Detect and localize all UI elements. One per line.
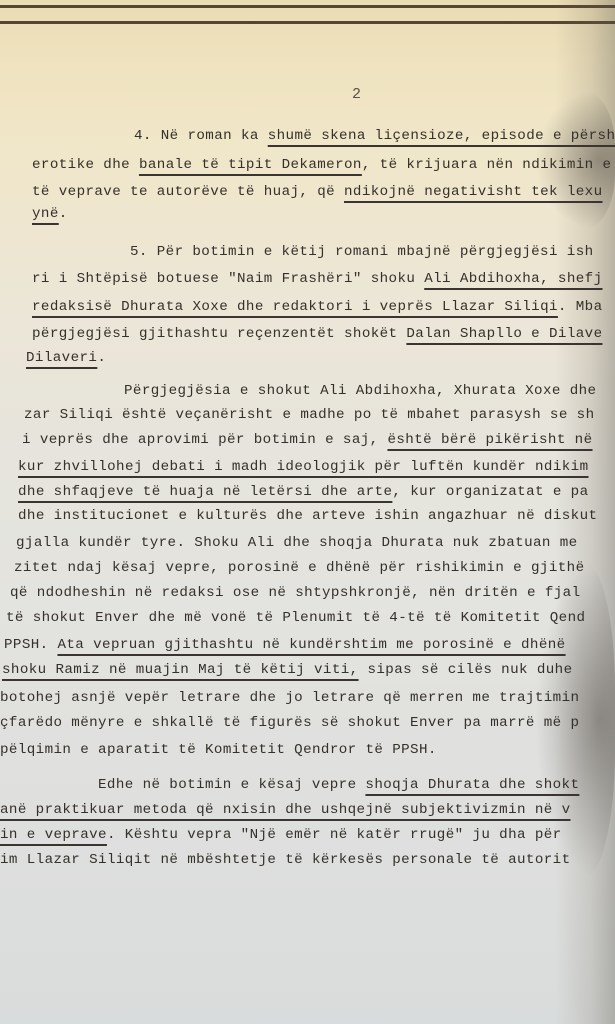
text-segment: ri i Shtëpisë botuese "Naim Frashëri" sh… [32,271,424,287]
text-segment: të veprave te autorëve të huaj, që [32,184,344,200]
text-line: pëlqimin e aparatit të Komitetit Qendror… [0,742,437,758]
underlined-text: banale të tipit Dekameron [139,157,362,173]
text-segment: i veprës dhe aprovimi për botimin e saj, [22,432,387,448]
underlined-text: Ali Abdihoxha, shefj [424,271,602,287]
text-segment: zar Siliqi është veçanërisht e madhe po … [24,407,595,423]
text-line: ynë. [32,206,68,222]
text-segment: dhe institucionet e kulturës dhe arteve … [18,508,597,524]
scan-edge-line [0,21,615,24]
underlined-text: Dilaveri [26,350,97,366]
underlined-text: është bërë pikërisht në [387,432,592,448]
text-line: erotike dhe banale të tipit Dekameron, t… [32,157,611,173]
text-line: ri i Shtëpisë botuese "Naim Frashëri" sh… [32,271,603,287]
text-segment: Përgjegjësia e shokut Ali Abdihoxha, Xhu… [124,383,596,399]
text-segment: pëlqimin e aparatit të Komitetit Qendror… [0,742,437,758]
underlined-text: dhe shfaqjeve të huaja në letërsi dhe ar… [18,484,392,500]
text-segment: . [59,206,68,222]
text-line: Përgjegjësia e shokut Ali Abdihoxha, Xhu… [124,383,596,399]
text-segment: 4. Në roman ka [134,128,268,144]
text-segment: . [97,350,106,366]
underlined-text: kur zhvillohej debati i madh ideologjik … [18,459,589,475]
text-segment: sipas së cilës nuk duhe [359,662,573,678]
text-line: zar Siliqi është veçanërisht e madhe po … [24,407,595,423]
text-line: in e veprave. Kështu vepra "Një emër në … [0,827,562,843]
text-segment: 5. Për botimin e këtij romani mbajnë për… [130,244,594,260]
text-line: 4. Në roman ka shumë skena liçensioze, e… [134,128,615,144]
underlined-text: ynë [32,206,59,222]
text-line: dhe institucionet e kulturës dhe arteve … [18,508,597,524]
text-segment: çfarëdo mënyre e shkallë të figurës së s… [0,715,579,731]
underlined-text: in e veprave [0,827,107,843]
text-line: dhe shfaqjeve të huaja në letërsi dhe ar… [18,484,589,500]
text-line: Dilaveri. [26,350,106,366]
text-line: gjalla kundër tyre. Shoku Ali dhe shoqja… [16,535,578,551]
text-line: zitet ndaj kësaj vepre, porosinë e dhënë… [14,560,585,576]
text-line: shoku Ramiz në muajin Maj të këtij viti,… [2,662,573,678]
underlined-text: redaksisë Dhurata Xoxe dhe redaktori i v… [32,299,558,315]
text-segment: zitet ndaj kësaj vepre, porosinë e dhënë… [14,560,585,576]
underlined-text: Ata vepruan gjithashtu në kundërshtim me… [57,637,565,653]
text-line: kur zhvillohej debati i madh ideologjik … [18,459,589,475]
text-segment: përgjegjësi gjithashtu reçenzentët shokë… [32,326,406,342]
text-line: im Llazar Siliqit në mbështetje të kërke… [0,852,571,868]
text-line: anë praktikuar metoda që nxisin dhe ushq… [0,802,571,818]
text-line: përgjegjësi gjithashtu reçenzentët shokë… [32,326,603,342]
text-segment: Edhe në botimin e kësaj vepre [98,777,365,793]
text-line: që ndodheshin në redaksi ose në shtypshk… [10,585,581,601]
text-segment: që ndodheshin në redaksi ose në shtypshk… [10,585,581,601]
text-segment: të shokut Enver dhe më vonë të Plenumit … [6,610,585,626]
text-segment: erotike dhe [32,157,139,173]
scan-edge-line [0,5,615,8]
text-line: të veprave te autorëve të huaj, që ndiko… [32,184,603,200]
text-segment: . Kështu vepra "Një emër në katër rrugë"… [107,827,562,843]
text-line: çfarëdo mënyre e shkallë të figurës së s… [0,715,579,731]
underlined-text: ndikojnë negativisht tek lexu [344,184,603,200]
text-segment: botohej asnjë vepër letrare dhe jo letra… [0,690,579,706]
text-line: Edhe në botimin e kësaj vepre shoqja Dhu… [98,777,579,793]
text-segment: PPSH. [4,637,57,653]
text-line: botohej asnjë vepër letrare dhe jo letra… [0,690,579,706]
text-segment: . Mba [558,299,603,315]
underlined-text: anë praktikuar metoda që nxisin dhe ushq… [0,802,571,818]
text-line: të shokut Enver dhe më vonë të Plenumit … [6,610,585,626]
text-line: PPSH. Ata vepruan gjithashtu në kundërsh… [4,637,566,653]
text-segment: im Llazar Siliqit në mbështetje të kërke… [0,852,571,868]
underlined-text: shoku Ramiz në muajin Maj të këtij viti, [2,662,359,678]
text-line: i veprës dhe aprovimi për botimin e saj,… [22,432,593,448]
underlined-text: shumë skena liçensioze, episode e përsh [268,128,615,144]
page-number: 2 [352,86,361,103]
text-segment: , të krijuara nën ndikimin e [362,157,612,173]
text-line: redaksisë Dhurata Xoxe dhe redaktori i v… [32,299,603,315]
underlined-text: Dalan Shapllo e Dilave [406,326,602,342]
text-line: 5. Për botimin e këtij romani mbajnë për… [130,244,594,260]
text-segment: gjalla kundër tyre. Shoku Ali dhe shoqja… [16,535,578,551]
underlined-text: shoqja Dhurata dhe shokt [365,777,579,793]
text-segment: , kur organizatat e pa [392,484,588,500]
